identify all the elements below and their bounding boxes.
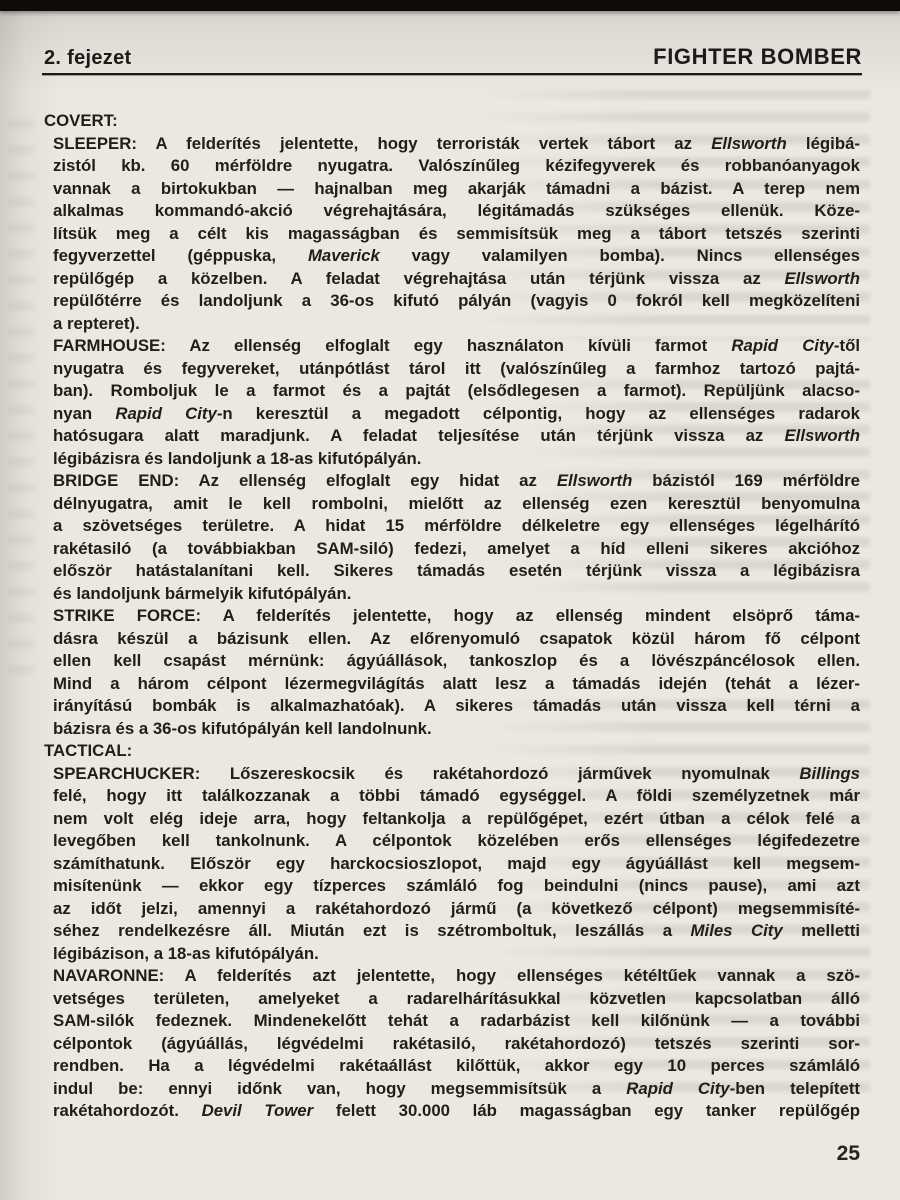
text-line: irányítású bombák is alkalmazhatóak). A … [53,695,860,718]
text-line: SAM-silók fedeznek. Mindenekelőtt tehát … [53,1010,860,1033]
text-line: nyugatra és fegyvereket, utánpótlást tár… [53,358,860,381]
text-line: rendben. Ha a légvédelmi rakétaállást ki… [53,1055,860,1078]
text-line: zistól kb. 60 mérföldre nyugatra. Valósz… [53,155,860,178]
mission-sleeper: SLEEPER: A felderítés jelentette, hogy t… [53,133,860,336]
section-covert: COVERT: [44,110,860,133]
text-line: FARMHOUSE: Az ellenség elfoglalt egy has… [53,335,860,358]
italic-text: Ellsworth [784,426,860,445]
header-rule [42,73,862,75]
text-line: SPEARCHUCKER: Lőszereskocsik és rakétaho… [53,763,860,786]
mission-strike-force: STRIKE FORCE: A felderítés jelentette, h… [53,605,860,740]
text-line: vannak a birtokukban — hajnalban meg aka… [53,178,860,201]
text-line: NAVARONNE: A felderítés azt jelentette, … [53,965,860,988]
text-line: STRIKE FORCE: A felderítés jelentette, h… [53,605,860,628]
text-line: COVERT: [44,110,860,133]
text-line: az időt jelzi, amennyi a rakétahordozó j… [53,898,860,921]
mission-bridge-end: BRIDGE END: Az ellenség elfoglalt egy hi… [53,470,860,605]
italic-text: Ellsworth [711,134,787,153]
text-line: dásra készül a bázisunk ellen. Az előren… [53,628,860,651]
text-line: TACTICAL: [44,740,860,763]
chapter-label: 2. fejezet [44,47,131,70]
text-line: levegőben kell tankolnunk. A célpontok k… [53,830,860,853]
book-title: FIGHTER BOMBER [653,44,862,70]
text-line: a szövetséges területre. A hidat 15 mérf… [53,515,860,538]
text-line: indul be: ennyi időnk van, hogy megsemmi… [53,1078,860,1101]
page-header: 2. fejezet FIGHTER BOMBER [44,44,862,70]
text-line: misítenünk — ekkor egy tízperces számlál… [53,875,860,898]
text-line: ban). Romboljuk le a farmot és a pajtát … [53,380,860,403]
text-line: repülőtérre és landoljunk a 36-os kifutó… [53,290,860,313]
page-number: 25 [837,1142,860,1166]
body-text: COVERT:SLEEPER: A felderítés jelentette,… [44,110,860,1123]
text-line: lítsük meg a célt kis magasságban és sem… [53,223,860,246]
scan-edge-top [0,0,900,11]
text-line: fegyverzettel (géppuska, Maverick vagy v… [53,245,860,268]
text-line: nem volt elég ideje arra, hogy feltankol… [53,808,860,831]
italic-text: Ellsworth [557,471,633,490]
text-line: BRIDGE END: Az ellenség elfoglalt egy hi… [53,470,860,493]
text-line: számíthatunk. Először egy harckocsioszlo… [53,853,860,876]
text-line: először hatástalanítani kell. Sikeres tá… [53,560,860,583]
italic-text: Rapid City [626,1079,729,1098]
bleedthrough-texture [8,120,34,680]
italic-text: Billings [799,764,860,783]
text-line: célpontok (ágyúállás, légvédelmi rakétas… [53,1033,860,1056]
mission-spearchucker: SPEARCHUCKER: Lőszereskocsik és rakétaho… [53,763,860,966]
italic-text: Ellsworth [784,269,860,288]
section-tactical: TACTICAL: [44,740,860,763]
scanned-book-page: 2. fejezet FIGHTER BOMBER COVERT:SLEEPER… [0,0,900,1200]
italic-text: Devil Tower [202,1101,314,1120]
text-line: rakétasiló (a továbbiakban SAM-siló) fed… [53,538,860,561]
text-line: vetséges területen, amelyeket a radarelh… [53,988,860,1011]
text-line: séhez rendelkezésre áll. Miután ezt is s… [53,920,860,943]
text-line: és landoljunk bármelyik kifutópályán. [53,583,860,606]
text-line: nyan Rapid City-n keresztül a megadott c… [53,403,860,426]
italic-text: Miles City [691,921,783,940]
text-line: alkalmas kommandó-akció végrehajtására, … [53,200,860,223]
mission-navaronne: NAVARONNE: A felderítés azt jelentette, … [53,965,860,1123]
text-line: repülőgép a közelben. A feladat végrehaj… [53,268,860,291]
text-line: hatósugara alatt maradjunk. A feladat te… [53,425,860,448]
text-line: felé, hogy itt találkozzanak a többi tám… [53,785,860,808]
text-line: légibázison, a 18-as kifutópályán. [53,943,860,966]
text-line: délnyugatra, amit le kell rombolni, miel… [53,493,860,516]
text-line: bázisra és a 36-os kifutópályán kell lan… [53,718,860,741]
mission-farmhouse: FARMHOUSE: Az ellenség elfoglalt egy has… [53,335,860,470]
text-line: a repteret). [53,313,860,336]
text-line: légibázisra és landoljunk a 18-as kifutó… [53,448,860,471]
italic-text: Rapid City [731,336,833,355]
italic-text: Maverick [308,246,380,265]
text-line: ellen kell csapást mérnünk: ágyúállások,… [53,650,860,673]
text-line: Mind a három célpont lézermegvilágítás a… [53,673,860,696]
italic-text: Rapid City [115,404,216,423]
text-line: rakétahordozót. Devil Tower felett 30.00… [53,1100,860,1123]
text-line: SLEEPER: A felderítés jelentette, hogy t… [53,133,860,156]
